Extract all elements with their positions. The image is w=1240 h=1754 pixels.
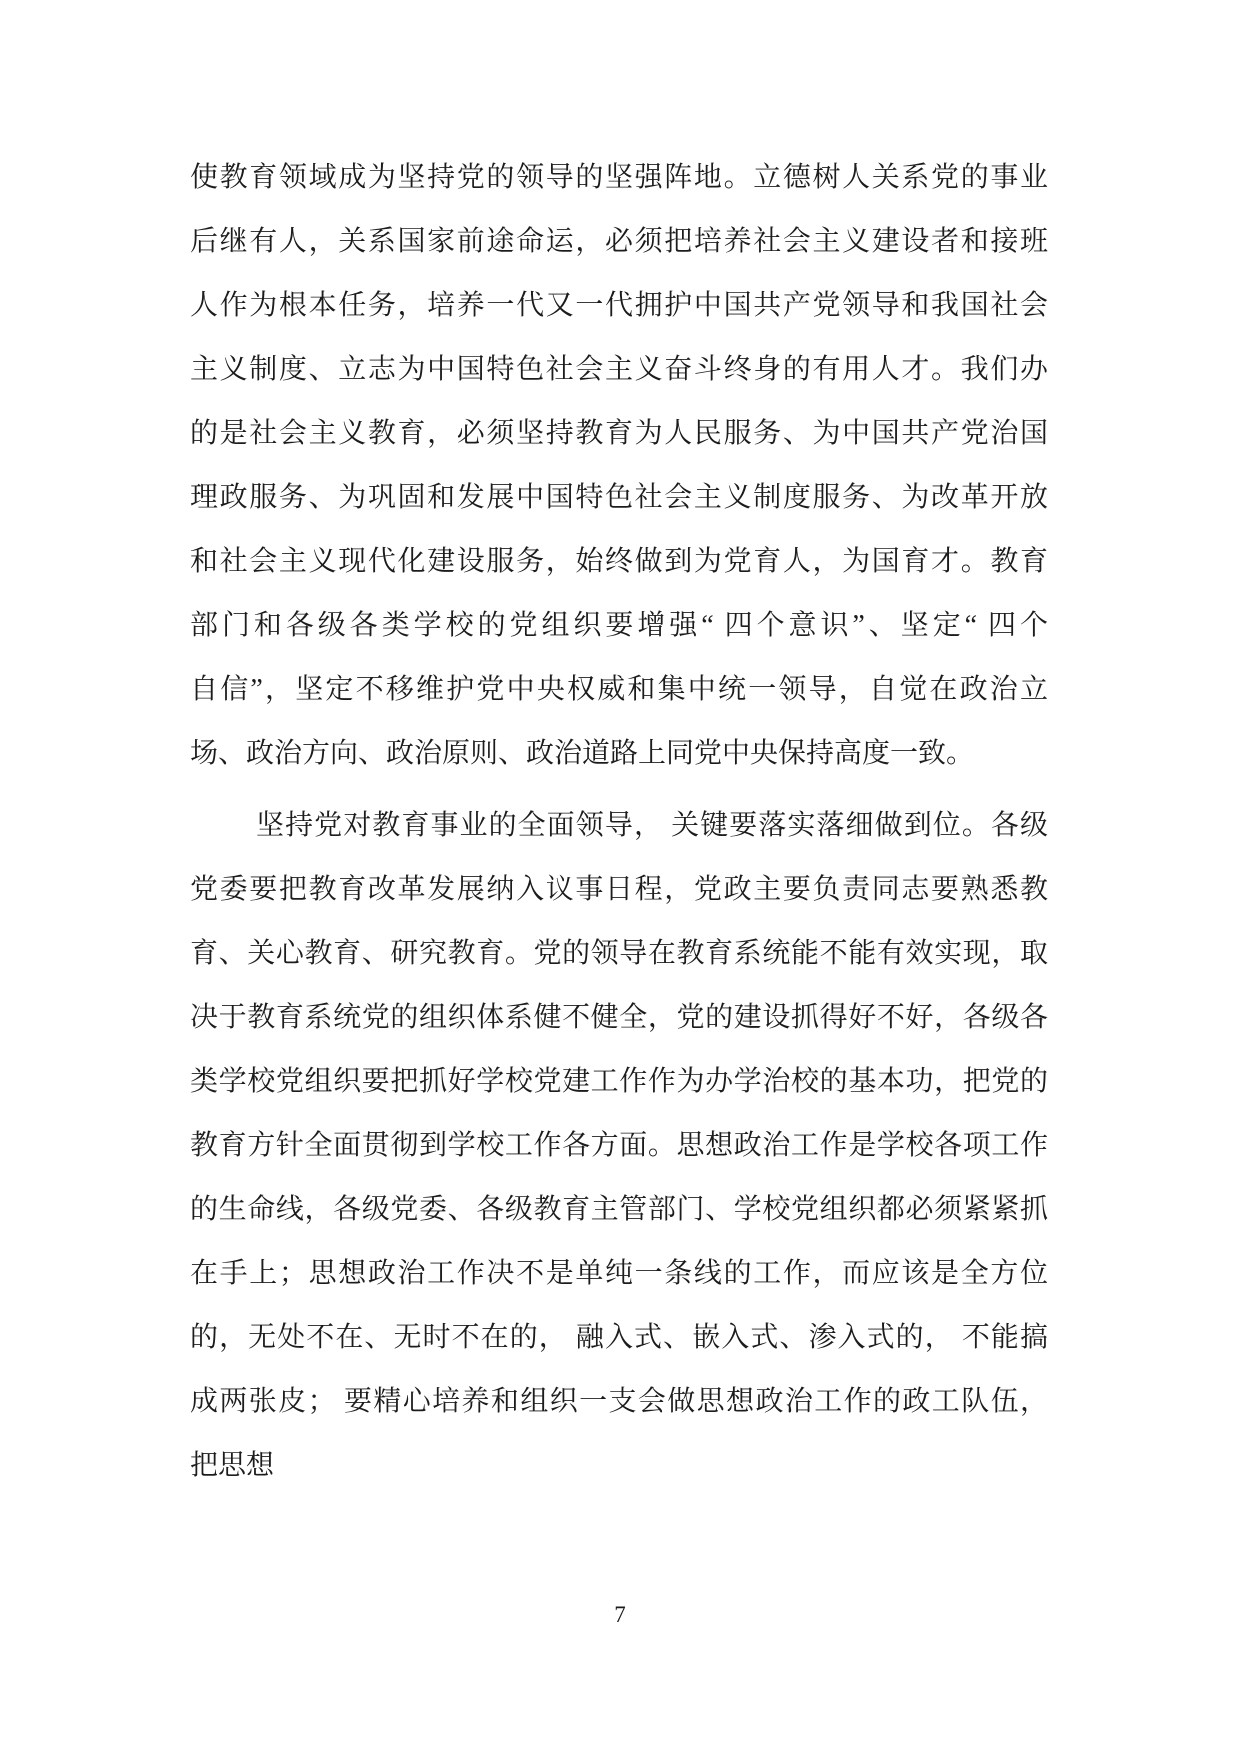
text-line: 坚持党对教育事业的全面领导， 关键要落实落细做到位。各级 (190, 794, 1048, 858)
text-line: 自信”，坚定不移维护党中央权威和集中统一领导，自觉在政治立 (190, 658, 1048, 722)
paragraph: 坚持党对教育事业的全面领导， 关键要落实落细做到位。各级党委要把教育改革发展纳入… (190, 794, 1048, 1498)
text-line: 主义制度、立志为中国特色社会主义奋斗终身的有用人才。我们办 (190, 338, 1048, 402)
text-line: 部门和各级各类学校的党组织要增强“ 四个意识”、坚定“ 四个 (190, 594, 1048, 658)
text-line: 使教育领域成为坚持党的领导的坚强阵地。立德树人关系党的事业 (190, 146, 1048, 210)
text-line: 成两张皮； 要精心培养和组织一支会做思想政治工作的政工队伍， (190, 1370, 1048, 1434)
text-line: 理政服务、为巩固和发展中国特色社会主义制度服务、为改革开放 (190, 466, 1048, 530)
text-line: 党委要把教育改革发展纳入议事日程，党政主要负责同志要熟悉教 (190, 858, 1048, 922)
text-line: 人作为根本任务，培养一代又一代拥护中国共产党领导和我国社会 (190, 274, 1048, 338)
page-number: 7 (0, 1600, 1240, 1630)
text-line: 的是社会主义教育，必须坚持教育为人民服务、为中国共产党治国 (190, 402, 1048, 466)
text-line: 的，无处不在、无时不在的， 融入式、嵌入式、渗入式的， 不能搞 (190, 1306, 1048, 1370)
document-page: 使教育领域成为坚持党的领导的坚强阵地。立德树人关系党的事业后继有人，关系国家前途… (0, 0, 1240, 1754)
text-line: 类学校党组织要把抓好学校党建工作作为办学治校的基本功，把党的 (190, 1050, 1048, 1114)
text-line: 和社会主义现代化建设服务，始终做到为党育人，为国育才。教育 (190, 530, 1048, 594)
text-line: 场、政治方向、政治原则、政治道路上同党中央保持高度一致。 (190, 722, 1048, 786)
text-line: 在手上；思想政治工作决不是单纯一条线的工作，而应该是全方位 (190, 1242, 1048, 1306)
text-line: 把思想 (190, 1434, 1048, 1498)
text-line: 决于教育系统党的组织体系健不健全，党的建设抓得好不好，各级各 (190, 986, 1048, 1050)
text-line: 后继有人，关系国家前途命运，必须把培养社会主义建设者和接班 (190, 210, 1048, 274)
text-line: 教育方针全面贯彻到学校工作各方面。思想政治工作是学校各项工作 (190, 1114, 1048, 1178)
text-line: 育、关心教育、研究教育。党的领导在教育系统能不能有效实现，取 (190, 922, 1048, 986)
document-body: 使教育领域成为坚持党的领导的坚强阵地。立德树人关系党的事业后继有人，关系国家前途… (190, 146, 1048, 1498)
paragraph: 使教育领域成为坚持党的领导的坚强阵地。立德树人关系党的事业后继有人，关系国家前途… (190, 146, 1048, 786)
text-line: 的生命线，各级党委、各级教育主管部门、学校党组织都必须紧紧抓 (190, 1178, 1048, 1242)
